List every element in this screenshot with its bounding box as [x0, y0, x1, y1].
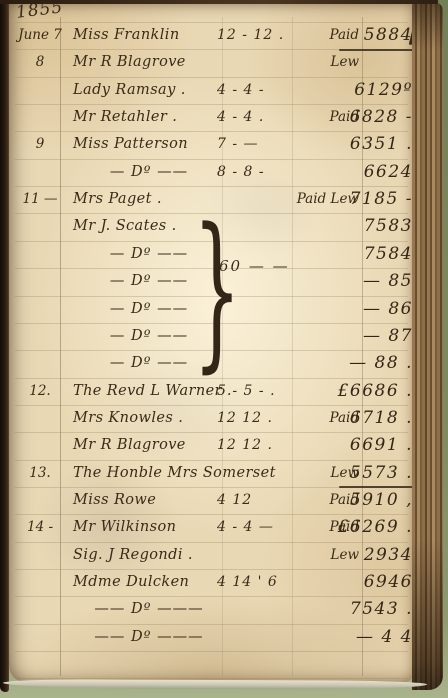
entry-number: — 87	[333, 323, 413, 350]
entry-name: Mr J. Scates .	[73, 213, 177, 240]
entry-name: —— Dº ———	[73, 624, 225, 651]
ledger-row: Sig. J Regondi .Lew2934	[9, 542, 413, 570]
entry-name: Lady Ramsay .	[73, 77, 186, 104]
entry-name: Miss Rowe	[73, 487, 156, 514]
ledger-row: Mrs Knowles .12 12 .Paid6718 .	[9, 405, 413, 433]
book-top-edge	[0, 0, 438, 4]
entry-name: Sig. J Regondi .	[73, 542, 193, 569]
entry-amount: 8 - 8 -	[217, 159, 297, 186]
entry-number: 7584	[333, 241, 413, 268]
entry-name: Mr Wilkinson	[73, 514, 176, 541]
entry-date: June 7	[15, 22, 65, 49]
ledger-row: Mr Retahler .4 - 4 .Paid6828 -	[9, 104, 413, 132]
ledger-row: 13.The Honble Mrs SomersetLew5573 .	[9, 460, 413, 488]
ledger-row: Lady Ramsay .4 - 4 -6129º	[9, 77, 413, 105]
entry-number: — 85	[333, 268, 413, 295]
brace-note: 60 — —	[219, 257, 290, 275]
entry-number: — 86	[333, 296, 413, 323]
entry-amount: 12 12 .	[217, 432, 297, 459]
entry-number: 6828 -	[333, 104, 413, 131]
entry-name: —— Dº ———	[73, 596, 225, 623]
entry-number: 7185 -	[333, 186, 413, 213]
entry-number: — 4 4	[333, 624, 413, 651]
ledger-row: 9Miss Patterson7 - —6351 .	[9, 131, 413, 159]
entry-number: 7543 .	[333, 596, 413, 623]
entry-number: — 88 .	[333, 350, 413, 377]
entry-date: 13.	[15, 460, 65, 487]
entry-name: Mr R Blagrove	[73, 49, 186, 76]
entry-amount: 7 - —	[217, 131, 297, 158]
ledger-row: — Dº ——8 - 8 -6624	[9, 159, 413, 187]
ledger-page: 1855 June 7Miss Franklin12 - 12 .Paid588…	[9, 3, 413, 682]
entry-number: 6718 .	[333, 405, 413, 432]
entry-date: 14 -	[15, 514, 65, 541]
entry-number: 5573 .	[333, 460, 413, 487]
ledger-row: Miss Rowe4 12Paid5910 ,	[9, 487, 413, 515]
entry-amount: 4 14 ' 6	[217, 569, 297, 596]
entry-date: 12.	[15, 378, 65, 405]
ledger-row: 14 -Mr Wilkinson4 - 4 —Paid£6269 .	[9, 514, 413, 542]
entry-name: Mrs Knowles .	[73, 405, 183, 432]
entry-name: Miss Franklin	[73, 22, 180, 49]
fore-edge-shade	[412, 2, 443, 690]
entry-number: 2934	[333, 542, 413, 569]
under-pages-edge	[3, 679, 427, 689]
book-spine	[0, 0, 9, 692]
entry-date: 11 —	[15, 186, 65, 213]
entry-name: Mdme Dulcken	[73, 569, 189, 596]
entry-amount: 4 - 4 -	[217, 77, 297, 104]
ledger-row: —— Dº ———7543 .	[9, 596, 413, 624]
sequence-brace: }	[193, 215, 211, 367]
entry-number: £6269 .	[333, 514, 413, 541]
entry-date: 8	[15, 49, 65, 76]
entry-name: — Dº ——	[73, 159, 225, 186]
ledger-row: 8Mr R BlagroveLew	[9, 49, 413, 77]
entry-name: Mr Retahler .	[73, 104, 177, 131]
entry-name: Mr R Blagrove	[73, 432, 186, 459]
entry-status: Lew	[271, 49, 359, 76]
entry-number: 6946	[333, 569, 413, 596]
entry-name: The Honble Mrs Somerset	[73, 460, 276, 487]
entry-number: 5884	[333, 22, 413, 49]
ledger-row: Mdme Dulcken4 14 ' 66946	[9, 569, 413, 597]
entry-number: 7583	[333, 213, 413, 240]
entry-number: 6624	[333, 159, 413, 186]
entry-number: 5910 ,	[333, 487, 413, 514]
entry-name: Mrs Paget .	[73, 186, 162, 213]
entry-date: 9	[15, 131, 65, 158]
ledger-row: Mr R Blagrove12 12 .6691 .	[9, 432, 413, 460]
entry-number: 6351 .	[333, 131, 413, 158]
entry-name: Miss Patterson	[73, 131, 188, 158]
entry-number: 6129º	[333, 77, 413, 104]
ledger-photo: 1855 June 7Miss Franklin12 - 12 .Paid588…	[0, 0, 448, 698]
entry-number: £6686 .	[333, 378, 413, 405]
ledger-row: —— Dº ———— 4 4	[9, 624, 413, 652]
entry-number: 6691 .	[333, 432, 413, 459]
ledger-row: June 7Miss Franklin12 - 12 .Paid5884	[9, 22, 413, 50]
